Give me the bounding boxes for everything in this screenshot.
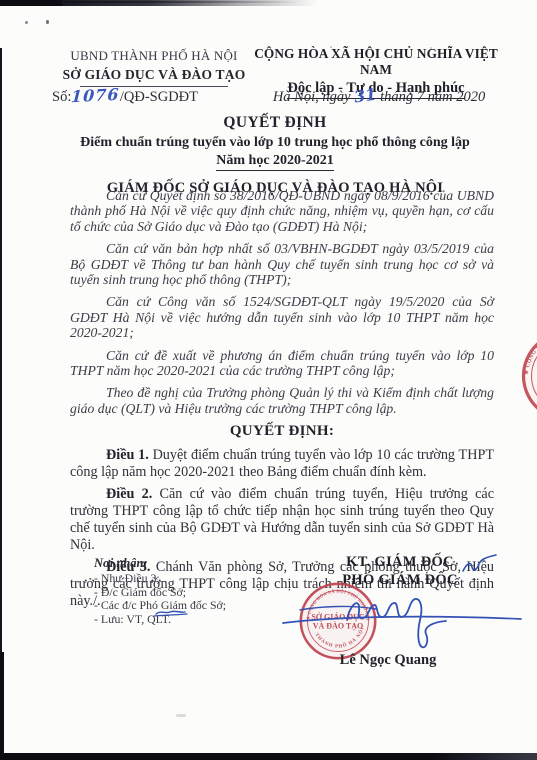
legal-preamble: Căn cứ Quyết định số 38/2016/QĐ-UBND ngà… bbox=[70, 188, 494, 416]
scan-left-edge-artifact bbox=[0, 48, 2, 656]
recipients-block: Nơi nhận: - Như Điều 3; - Đ/c Giám đốc S… bbox=[94, 556, 284, 625]
scan-speck bbox=[25, 21, 28, 24]
article-2-label: Điều 2. bbox=[106, 486, 152, 502]
article-1: Điều 1. Duyệt điểm chuẩn trúng tuyển vào… bbox=[70, 447, 494, 481]
recipients-heading: Nơi nhận: bbox=[94, 556, 284, 571]
date-prefix: Hà Nội, ngày bbox=[273, 89, 351, 105]
document-title-block: QUYẾT ĐỊNH Điểm chuẩn trúng tuyển vào lớ… bbox=[30, 114, 520, 197]
article-2: Điều 2. Căn cứ vào điểm chuẩn trúng tuyể… bbox=[70, 486, 494, 554]
place-date-line: Hà Nội, ngày 31 tháng 7 năm 2020 bbox=[248, 86, 510, 106]
document-type-title: QUYẾT ĐỊNH bbox=[30, 114, 520, 132]
recipient-item: - Đ/c Giám đốc Sở; bbox=[94, 586, 284, 599]
document-number-prefix: Số: bbox=[52, 89, 71, 105]
date-day-handwritten: 31 bbox=[353, 85, 378, 107]
signature-authority: KT. GIÁM ĐỐC bbox=[290, 554, 510, 571]
preamble-paragraph: Căn cứ Quyết định số 38/2016/QĐ-UBND ngà… bbox=[70, 188, 494, 234]
article-1-label: Điều 1. bbox=[106, 447, 149, 463]
scan-speck bbox=[176, 714, 186, 717]
national-title: CỘNG HÒA XÃ HỘI CHỦ NGHĨA VIỆT NAM bbox=[243, 46, 509, 78]
scan-bottom-edge-artifact bbox=[0, 753, 537, 760]
date-suffix: tháng 7 năm 2020 bbox=[380, 89, 485, 105]
scan-speck bbox=[330, 46, 332, 48]
scanned-decision-document: UBND THÀNH PHỐ HÀ NỘI SỞ GIÁO DỤC VÀ ĐÀO… bbox=[0, 0, 537, 760]
seal-center-line2: VÀ ĐÀO TẠO bbox=[313, 621, 364, 631]
preamble-paragraph: Theo đề nghị của Trưởng phòng Quản lý th… bbox=[70, 385, 494, 416]
signer-name: Lê Ngọc Quang bbox=[298, 652, 478, 669]
decision-heading: QUYẾT ĐỊNH: bbox=[70, 423, 494, 440]
recipient-item: - Các đ/c Phó Giám đốc Sở; bbox=[94, 599, 284, 612]
partial-edge-seal: ★ CỘNG HÒA XÃ HỘI CHỦ NGHĨA VIỆT NAM ★ bbox=[517, 326, 537, 426]
seal-center-line1: SỞ GIÁO DỤC bbox=[311, 612, 365, 622]
scan-speck bbox=[46, 20, 49, 24]
preamble-paragraph: Căn cứ đề xuất về phương án điểm chuẩn t… bbox=[70, 348, 494, 379]
recipient-item: - Lưu: VT, QLT. bbox=[94, 613, 284, 626]
recipient-item: - Như Điều 3; bbox=[94, 572, 284, 585]
scan-left-edge-artifact-bottom bbox=[0, 652, 4, 760]
document-number-suffix: /QĐ-SGDĐT bbox=[120, 89, 198, 105]
document-number: Số:1076/QĐ-SGDĐT bbox=[52, 86, 198, 106]
document-subject-line: Điểm chuẩn trúng tuyển vào lớp 10 trung … bbox=[30, 135, 520, 151]
school-year-line: Năm học 2020-2021 bbox=[216, 153, 333, 171]
document-body: Căn cứ Quyết định số 38/2016/QĐ-UBND ngà… bbox=[70, 188, 494, 615]
preamble-paragraph: Căn cứ văn bản hợp nhất số 03/VBHN-BGDĐT… bbox=[70, 241, 494, 287]
document-number-handwritten: 1076 bbox=[71, 85, 120, 107]
official-red-seal: ★ CỘNG HÒA XÃ HỘI CHỦ NGHĨA VIỆT NAM ★ T… bbox=[298, 581, 378, 661]
preamble-paragraph: Căn cứ Công văn số 1524/SGDĐT-QLT ngày 1… bbox=[70, 294, 494, 340]
scan-speck bbox=[430, 47, 432, 49]
edge-seal-outer-ring bbox=[524, 333, 537, 420]
scan-top-edge-fade bbox=[60, 1, 300, 3]
